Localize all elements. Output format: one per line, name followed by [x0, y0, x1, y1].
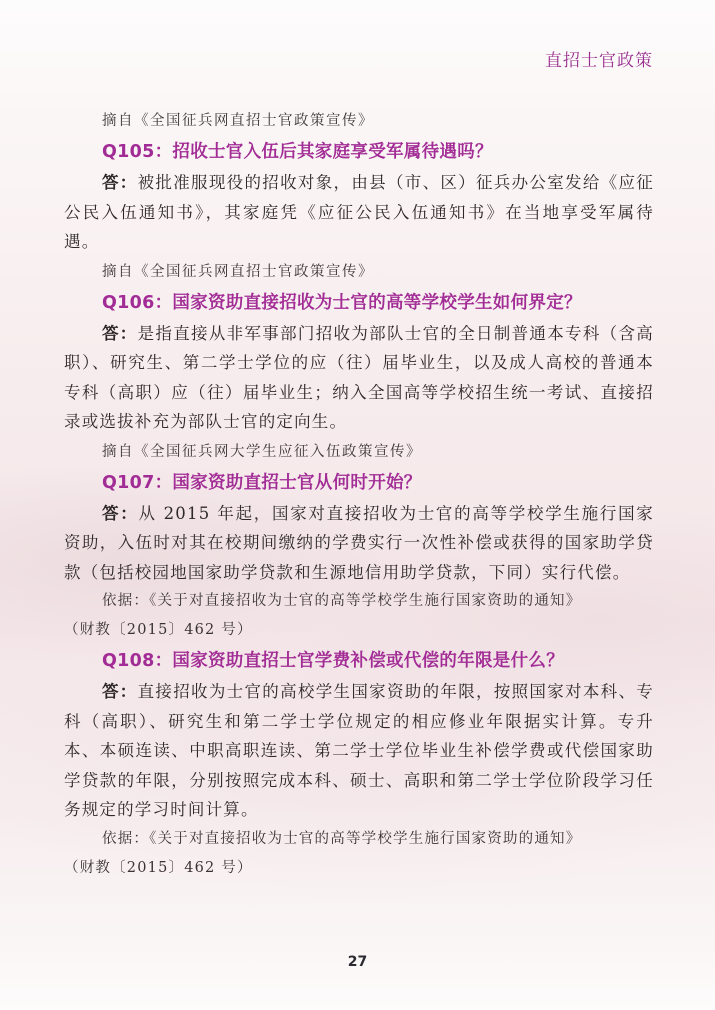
- answer-text: 被批准服现役的招收对象，由县（市、区）征兵办公室发给《应征公民入伍通知书》，其家…: [64, 173, 654, 251]
- page-number: 27: [0, 954, 715, 970]
- basis-citation: 依据：《关于对直接招收为士官的高等学校学生施行国家资助的通知》: [64, 587, 654, 616]
- answer-paragraph-q106: 答：是指直接从非军事部门招收为部队士官的全日制普通本专科（含高职）、研究生、第二…: [64, 319, 654, 437]
- source-citation: 摘自《全国征兵网直招士官政策宣传》: [64, 106, 654, 136]
- answer-text: 直接招收为士官的高校学生国家资助的年限，按照国家对本科、专科（高职）、研究生和第…: [64, 682, 654, 819]
- basis-citation: 依据：《关于对直接招收为士官的高等学校学生施行国家资助的通知》: [64, 825, 654, 854]
- answer-paragraph-q107: 答：从 2015 年起，国家对直接招收为士官的高等学校学生施行国家资助，入伍时对…: [64, 499, 654, 588]
- source-citation: 摘自《全国征兵网大学生应征入伍政策宣传》: [64, 437, 654, 467]
- source-citation: 摘自《全国征兵网直招士官政策宣传》: [64, 257, 654, 287]
- answer-label: 答：: [102, 682, 138, 701]
- answer-text: 从 2015 年起，国家对直接招收为士官的高等学校学生施行国家资助，入伍时对其在…: [64, 504, 654, 582]
- basis-document-number: （财教〔2015〕462 号）: [64, 616, 654, 645]
- answer-text: 是指直接从非军事部门招收为部队士官的全日制普通本专科（含高职）、研究生、第二学士…: [64, 324, 654, 432]
- answer-label: 答：: [102, 504, 138, 523]
- question-heading-q108: Q108：国家资助直招士官学费补偿或代偿的年限是什么？: [64, 645, 654, 677]
- answer-paragraph-q108: 答：直接招收为士官的高校学生国家资助的年限，按照国家对本科、专科（高职）、研究生…: [64, 677, 654, 825]
- document-page: 直招士官政策 摘自《全国征兵网直招士官政策宣传》 Q105：招收士官入伍后其家庭…: [0, 0, 715, 1010]
- answer-paragraph-q105: 答：被批准服现役的招收对象，由县（市、区）征兵办公室发给《应征公民入伍通知书》，…: [64, 168, 654, 257]
- basis-document-number: （财教〔2015〕462 号）: [64, 854, 654, 883]
- page-content: 摘自《全国征兵网直招士官政策宣传》 Q105：招收士官入伍后其家庭享受军属待遇吗…: [64, 106, 654, 883]
- question-heading-q106: Q106：国家资助直接招收为士官的高等学校学生如何界定？: [64, 287, 654, 319]
- question-heading-q105: Q105：招收士官入伍后其家庭享受军属待遇吗？: [64, 136, 654, 168]
- answer-label: 答：: [102, 173, 138, 192]
- answer-label: 答：: [102, 324, 138, 343]
- running-head-title: 直招士官政策: [545, 46, 653, 71]
- question-heading-q107: Q107：国家资助直招士官从何时开始？: [64, 467, 654, 499]
